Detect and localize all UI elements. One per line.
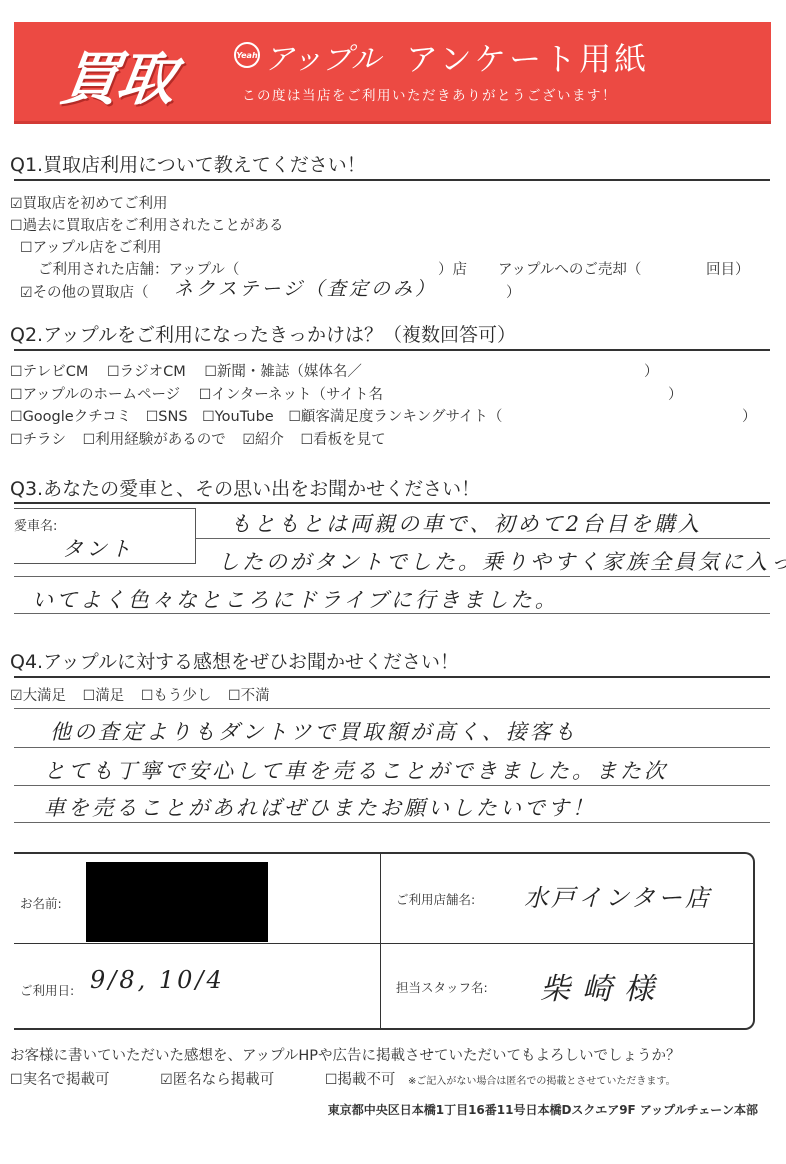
q3-memory-line-3[interactable]: いてよく色々なところにドライブに行きました。 xyxy=(32,584,559,614)
option-label: 掲載不可 xyxy=(337,1072,395,1088)
option-label: インターネット（サイト名 xyxy=(211,387,383,403)
option-label: チラシ xyxy=(23,432,67,448)
name-label: お名前: xyxy=(20,894,62,912)
checkbox-icon[interactable]: ☐ xyxy=(228,688,241,704)
q1-option-previous[interactable]: ☐過去に買取店をご利用されたことがある xyxy=(10,214,284,235)
q3-line-rule xyxy=(14,576,770,577)
option-label: 過去に買取店をご利用されたことがある xyxy=(23,218,284,234)
q4-line-rule xyxy=(14,785,770,786)
q1-other-close: ） xyxy=(506,281,521,302)
car-name-value: タント xyxy=(62,533,134,563)
form-title: アンケート用紙 xyxy=(406,34,649,80)
q2-option-google[interactable]: ☐Googleクチコミ xyxy=(10,409,131,425)
q3-rule xyxy=(14,502,770,504)
checkbox-icon[interactable]: ☐ xyxy=(301,432,314,448)
store-label: ご利用店舗名: xyxy=(396,890,475,908)
apple-logo-icon: Yeah xyxy=(234,42,260,68)
q2-option-youtube[interactable]: ☐YouTube xyxy=(202,409,274,425)
q1-title: Q1.買取店利用について教えてください！ xyxy=(10,150,366,177)
q1-sell-count-suffix: 回目） xyxy=(706,258,750,279)
option-label: アップル店をご利用 xyxy=(33,240,162,256)
consent-anonymous[interactable]: ☑匿名なら掲載可 xyxy=(160,1072,274,1088)
q1-option-other[interactable]: ☑その他の買取店（ xyxy=(20,281,149,302)
checkbox-checked-icon[interactable]: ☑ xyxy=(160,1072,173,1088)
checkbox-icon[interactable]: ☐ xyxy=(10,1072,23,1088)
header-subtitle: この度は当店をご利用いただきありがとうございます！ xyxy=(242,84,617,104)
q4-line-rule xyxy=(14,822,770,823)
consent-not-allowed[interactable]: ☐掲載不可 xyxy=(325,1072,396,1088)
q2-option-sns[interactable]: ☐SNS xyxy=(146,409,188,425)
customer-info-table: お名前: ご利用店舗名: 水戸インター店 ご利用日: 9/8, 10/4 担当ス… xyxy=(14,852,755,1030)
option-label: Googleクチコミ xyxy=(23,409,132,425)
option-label: ラジオCM xyxy=(120,364,186,380)
checkbox-icon[interactable]: ☐ xyxy=(10,364,23,380)
q1-store-used-suffix: ）店 xyxy=(438,258,467,279)
q2-option-newspaper[interactable]: ☐新聞・雑誌（媒体名／ xyxy=(204,364,362,380)
consent-real-name[interactable]: ☐実名で掲載可 xyxy=(10,1072,110,1088)
q2-rule xyxy=(14,349,770,351)
q4-line-rule xyxy=(14,708,770,709)
q4-comment-line-3[interactable]: 車を売ることがあればぜひまたお願いしたいです！ xyxy=(44,792,596,822)
name-redacted xyxy=(86,862,268,942)
checkbox-icon[interactable]: ☐ xyxy=(10,432,23,448)
option-label: 利用経験があるので xyxy=(95,432,226,448)
checkbox-icon[interactable]: ☐ xyxy=(10,218,23,234)
checkbox-checked-icon[interactable]: ☑ xyxy=(10,688,23,704)
checkbox-icon[interactable]: ☐ xyxy=(20,240,33,256)
consent-question: お客様に書いていただいた感想を、アップルHPや広告に掲載させていただいてもよろし… xyxy=(10,1044,681,1065)
q2-option-radio[interactable]: ☐ラジオCM xyxy=(107,364,186,380)
q2-row-4: ☐チラシ ☐利用経験があるので ☑紹介 ☐看板を見て xyxy=(10,428,386,449)
option-label: 実名で掲載可 xyxy=(23,1072,110,1088)
option-label: 匿名なら掲載可 xyxy=(173,1072,275,1088)
option-label: YouTube xyxy=(215,409,274,425)
q2-internet-close: ） xyxy=(668,383,683,404)
table-divider xyxy=(14,943,753,944)
car-name-box[interactable]: 愛車名: タント xyxy=(14,508,196,564)
q3-memory-line-1[interactable]: もともとは両親の車で、初めて2台目を購入 xyxy=(230,508,702,538)
q2-row-2: ☐アップルのホームページ ☐インターネット（サイト名 xyxy=(10,383,383,404)
option-label: 不満 xyxy=(241,688,270,704)
table-divider xyxy=(380,854,381,1028)
q2-option-tv[interactable]: ☐テレビCM xyxy=(10,364,88,380)
checkbox-icon[interactable]: ☐ xyxy=(107,364,120,380)
car-name-label: 愛車名: xyxy=(14,515,57,534)
checkbox-checked-icon[interactable]: ☑ xyxy=(242,432,255,448)
checkbox-icon[interactable]: ☐ xyxy=(10,409,23,425)
q2-ranking-close: ） xyxy=(742,405,757,426)
checkbox-checked-icon[interactable]: ☑ xyxy=(10,196,23,212)
option-label: 紹介 xyxy=(255,432,284,448)
q1-option-apple-store[interactable]: ☐アップル店をご利用 xyxy=(20,236,161,257)
q4-rating-somewhat[interactable]: ☐もう少し xyxy=(141,688,212,704)
option-label: テレビCM xyxy=(23,364,89,380)
q4-comment-line-1[interactable]: 他の査定よりもダントツで買取額が高く、接客も xyxy=(50,716,578,746)
q1-rule xyxy=(14,179,770,181)
q4-rating-dissatisfied[interactable]: ☐不満 xyxy=(228,688,270,704)
q2-option-experience[interactable]: ☐利用経験があるので xyxy=(83,432,226,448)
checkbox-checked-icon[interactable]: ☑ xyxy=(20,285,33,301)
consent-note: ※ご記入がない場合は匿名での掲載とさせていただきます。 xyxy=(408,1076,676,1087)
brand-name: アップル xyxy=(264,34,381,78)
checkbox-icon[interactable]: ☐ xyxy=(288,409,301,425)
q2-option-signboard[interactable]: ☐看板を見て xyxy=(301,432,386,448)
date-value[interactable]: 9/8, 10/4 xyxy=(90,966,225,994)
option-label: もう少し xyxy=(153,688,211,704)
option-label: その他の買取店（ xyxy=(33,285,149,301)
store-value[interactable]: 水戸インター店 xyxy=(524,878,712,913)
q1-sell-count-prefix: アップルへのご売却（ xyxy=(498,258,641,279)
option-label: 顧客満足度ランキングサイト（ xyxy=(301,409,503,425)
q3-line-rule xyxy=(196,538,770,539)
checkbox-icon[interactable]: ☐ xyxy=(83,432,96,448)
q3-title: Q3.あなたの愛車と、その思い出をお聞かせください！ xyxy=(10,474,480,501)
checkbox-icon[interactable]: ☐ xyxy=(10,387,23,403)
q4-line-rule xyxy=(14,747,770,748)
q1-option-first-time[interactable]: ☑買取店を初めてご利用 xyxy=(10,192,168,213)
checkbox-icon[interactable]: ☐ xyxy=(202,409,215,425)
q2-row-1: ☐テレビCM ☐ラジオCM ☐新聞・雑誌（媒体名／ xyxy=(10,360,362,381)
option-label: 買取店を初めてご利用 xyxy=(23,196,168,212)
q2-option-ranking[interactable]: ☐顧客満足度ランキングサイト（ xyxy=(288,409,502,425)
staff-label: 担当スタッフ名: xyxy=(396,978,488,996)
staff-value[interactable]: 柴崎様 xyxy=(540,964,666,1008)
checkbox-icon[interactable]: ☐ xyxy=(325,1072,338,1088)
q4-rule xyxy=(14,676,770,678)
q2-option-flyer[interactable]: ☐チラシ xyxy=(10,432,66,448)
option-label: アップルのホームページ xyxy=(23,387,181,403)
q2-title: Q2.アップルをご利用になったきっかけは？（複数回答可） xyxy=(10,320,516,347)
q4-rating-very-satisfied[interactable]: ☑大満足 xyxy=(10,688,66,704)
q2-option-referral[interactable]: ☑紹介 xyxy=(242,432,284,448)
checkbox-icon[interactable]: ☐ xyxy=(83,688,96,704)
q2-row-3: ☐Googleクチコミ ☐SNS ☐YouTube ☐顧客満足度ランキングサイト… xyxy=(10,405,502,426)
q1-other-value[interactable]: ネクステージ（査定のみ） xyxy=(174,274,437,301)
q2-option-homepage[interactable]: ☐アップルのホームページ xyxy=(10,387,180,403)
q2-newspaper-close: ） xyxy=(644,360,659,381)
option-label: 看板を見て xyxy=(313,432,386,448)
consent-options: ☐実名で掲載可 ☑匿名なら掲載可 ☐掲載不可 ※ご記入がない場合は匿名での掲載と… xyxy=(10,1068,676,1089)
checkbox-icon[interactable]: ☐ xyxy=(146,409,159,425)
checkbox-icon[interactable]: ☐ xyxy=(204,364,217,380)
option-label: 新聞・雑誌（媒体名／ xyxy=(217,364,362,380)
kaitori-logo: 買取 xyxy=(56,32,180,116)
option-label: 大満足 xyxy=(23,688,67,704)
q4-comment-line-2[interactable]: とても丁寧で安心して車を売ることができました。また次 xyxy=(44,755,668,785)
header-banner: 買取 Yeah アップル アンケート用紙 この度は当店をご利用いただきありがとう… xyxy=(14,22,771,124)
option-label: 満足 xyxy=(95,688,124,704)
option-label: SNS xyxy=(158,409,187,425)
q4-title: Q4.アップルに対する感想をぜひお聞かせください！ xyxy=(10,647,459,674)
checkbox-icon[interactable]: ☐ xyxy=(141,688,154,704)
footer-address: 東京都中央区日本橋1丁目16番11号日本橋Dスクエア9F アップルチェーン本部 xyxy=(328,1101,758,1118)
q4-rating-satisfied[interactable]: ☐満足 xyxy=(83,688,125,704)
date-label: ご利用日: xyxy=(20,981,74,999)
checkbox-icon[interactable]: ☐ xyxy=(199,387,212,403)
q4-ratings: ☑大満足 ☐満足 ☐もう少し ☐不満 xyxy=(10,684,270,705)
q3-memory-line-2[interactable]: したのがタントでした。乗りやすく家族全員気に入って xyxy=(218,546,786,576)
q2-option-internet[interactable]: ☐インターネット（サイト名 xyxy=(199,387,383,403)
